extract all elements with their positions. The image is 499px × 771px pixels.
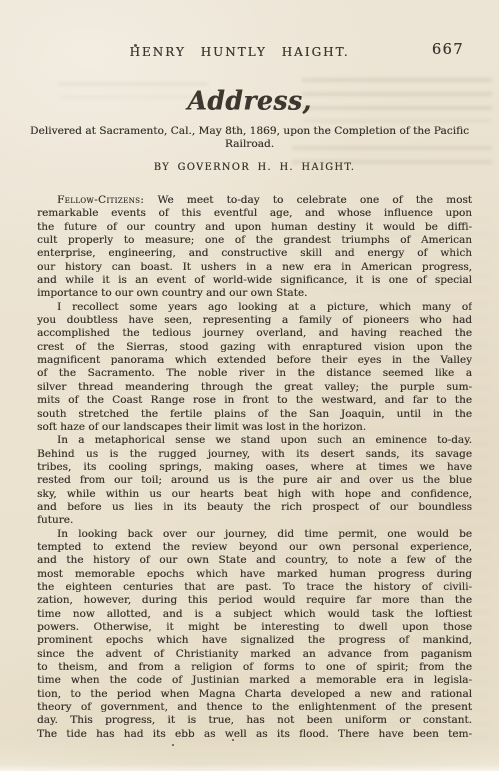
text-line: I recollect some years ago looking at a … xyxy=(37,301,472,314)
text-line: of the Sacramento. The noble river in th… xyxy=(37,367,472,380)
text-line: and before us lies in its beauty the ric… xyxy=(37,501,472,514)
text-line: tion, to the period when Magna Charta de… xyxy=(37,688,472,701)
text-line: prominent epochs which have signalized t… xyxy=(37,634,472,647)
text-line: In looking back over our journey, did ti… xyxy=(37,528,472,541)
text-line: south stretched the fertile plains of th… xyxy=(37,408,472,421)
text-line: time now allotted, and is a subject whic… xyxy=(37,608,472,621)
text-line: and the history of our own State and cou… xyxy=(37,554,472,567)
text-line: tribes, its cooling springs, making oase… xyxy=(37,461,472,474)
byline: BY GOVERNOR H. H. HAIGHT. xyxy=(37,162,472,173)
page-number: 667 xyxy=(432,42,464,58)
speech-salutation: Fellow-Citizens: xyxy=(57,194,144,206)
text-line: remarkable events of this eventful age, … xyxy=(37,207,472,220)
text-line: Behind us is the rugged journey, with it… xyxy=(37,448,472,461)
body-text: Fellow-Citizens: We meet to-day to celeb… xyxy=(37,194,472,741)
text-line: you doubtless have seen, representing a … xyxy=(37,314,472,327)
page-header: HENRY HUNTLY HAIGHT. 667 xyxy=(37,42,472,62)
address-title: Address, xyxy=(0,85,499,116)
paragraph: In a metaphorical sense we stand upon su… xyxy=(37,434,472,527)
text-line: mits of the Coast Range rose in front to… xyxy=(37,394,472,407)
text-line: and while it is an event of world-wide s… xyxy=(37,274,472,287)
paragraph: Fellow-Citizens: We meet to-day to celeb… xyxy=(37,194,472,301)
text-line: Fellow-Citizens: We meet to-day to celeb… xyxy=(37,194,472,207)
text-line: In a metaphorical sense we stand upon su… xyxy=(37,434,472,447)
text-line: future. xyxy=(37,514,472,527)
text-line: sky, while within us our hearts beat hig… xyxy=(37,488,472,501)
running-header: HENRY HUNTLY HAIGHT. xyxy=(37,45,442,59)
paragraph: I recollect some years ago looking at a … xyxy=(37,301,472,434)
ink-speck xyxy=(172,744,174,746)
text-line: magnificent panorama which extended befo… xyxy=(37,354,472,367)
text-line: the future of our country and upon human… xyxy=(37,221,472,234)
text-line: time when the code of Justinian marked a… xyxy=(37,674,472,687)
text-line: cult properly to measure; one of the gra… xyxy=(37,234,472,247)
text-line: to theism, and from a religion of forms … xyxy=(37,661,472,674)
text-line: our history can boast. It ushers in a ne… xyxy=(37,261,472,274)
subtitle-line: Railroad. xyxy=(20,138,479,151)
text-line: zation, however, during this period woul… xyxy=(37,594,472,607)
text-line: the eighteen centuries that are past. To… xyxy=(37,581,472,594)
text-line: since the advent of Christianity marked … xyxy=(37,648,472,661)
text-line: silver thread meandering through the gre… xyxy=(37,381,472,394)
text-line: accomplished the tedious journey overlan… xyxy=(37,327,472,340)
text-line: soft haze of our landscapes their limit … xyxy=(37,421,472,434)
text-line: rested from our toil; around us is the p… xyxy=(37,474,472,487)
text-line: theory of government, and thence to the … xyxy=(37,701,472,714)
text-line: The tide has had its ebb as well as its … xyxy=(37,728,472,741)
text-line: importance to our own country and our ow… xyxy=(37,287,472,300)
text-line: crest of the Sierras, stood gazing with … xyxy=(37,341,472,354)
book-page: HENRY HUNTLY HAIGHT. 667 Address, Delive… xyxy=(0,0,499,771)
ink-speck xyxy=(134,44,137,47)
subtitle-line: Delivered at Sacramento, Cal., May 8th, … xyxy=(20,125,479,138)
scan-edge xyxy=(0,764,499,771)
ink-speck xyxy=(232,739,234,741)
text-line: enterprise, engineering, and constructiv… xyxy=(37,247,472,260)
paragraph: In looking back over our journey, did ti… xyxy=(37,528,472,742)
text-line: most memorable epochs which have marked … xyxy=(37,568,472,581)
text-line: powers. Otherwise, it might be interesti… xyxy=(37,621,472,634)
text-line: tempted to extend the review beyond our … xyxy=(37,541,472,554)
subtitle: Delivered at Sacramento, Cal., May 8th, … xyxy=(20,125,479,151)
text-line: day. This progress, it is true, has not … xyxy=(37,714,472,727)
